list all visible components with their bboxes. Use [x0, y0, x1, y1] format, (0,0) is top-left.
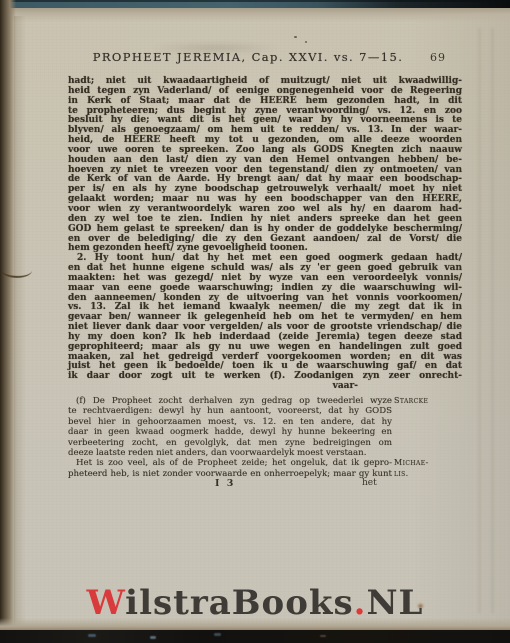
background-fleck — [214, 633, 221, 636]
watermark-tld: NL — [366, 583, 423, 623]
watermark-initial: W — [87, 583, 126, 623]
page-bottom-edge — [0, 618, 510, 630]
footnote-text: (f) De Propheet zocht derhalven zyn gedr… — [68, 396, 392, 479]
margin-note-michae: Michae- — [394, 458, 429, 467]
background-fleck — [320, 635, 326, 637]
signature-mark: I 3 — [215, 478, 235, 489]
background-fleck — [88, 634, 96, 637]
text-line: vaar- — [68, 382, 462, 392]
text-line: bevel hier in gehoorzaamen moest, vs. 12… — [68, 417, 392, 427]
text-line: deeze laatste reden niet anders, dan voo… — [68, 448, 392, 458]
catchword: het — [362, 478, 377, 488]
page-top-edge — [0, 8, 510, 22]
page-crease — [478, 28, 481, 613]
seller-watermark: WilstraBooks.NL — [0, 583, 510, 623]
running-title: PROPHEET JEREMIA, Cap. XXVI. vs. 7—15. — [68, 50, 428, 64]
text-line: Het is zoo veel, als of de Propheet zeid… — [68, 458, 392, 468]
margin-note-starcke: Starcke — [394, 396, 428, 405]
background-fleck — [150, 636, 156, 639]
body-text: hadt; niet uit kwaadaartigheid of muitzu… — [68, 77, 462, 392]
margin-note-lis: lis. — [394, 469, 409, 478]
text-line: daar in geen kwaad oogmerk hadde, dewyl … — [68, 427, 392, 437]
text-line: verbeetering zocht, en gevolglyk, dat me… — [68, 438, 392, 448]
paper-speck — [294, 36, 297, 38]
photo-background-bottom — [0, 630, 510, 643]
watermark-name: ilstraBooks — [125, 583, 353, 623]
page-edge-shading — [14, 16, 26, 626]
text-line: ik daar door zogt uit te werken (f). Zoo… — [68, 372, 462, 382]
paper-speck — [305, 41, 307, 43]
text-line: te rechtvaerdigen: dewyl hy hun aantoont… — [68, 406, 392, 416]
book-photo: PROPHEET JEREMIA, Cap. XXVI. vs. 7—15. 6… — [0, 0, 510, 643]
photo-background-top — [0, 0, 510, 8]
watermark-dot: . — [354, 583, 367, 623]
page-header: PROPHEET JEREMIA, Cap. XXVI. vs. 7—15. 6… — [68, 50, 462, 66]
page-crease — [491, 28, 494, 613]
page-number: 69 — [430, 51, 446, 64]
text-line: (f) De Propheet zocht derhalven zyn gedr… — [68, 396, 392, 406]
